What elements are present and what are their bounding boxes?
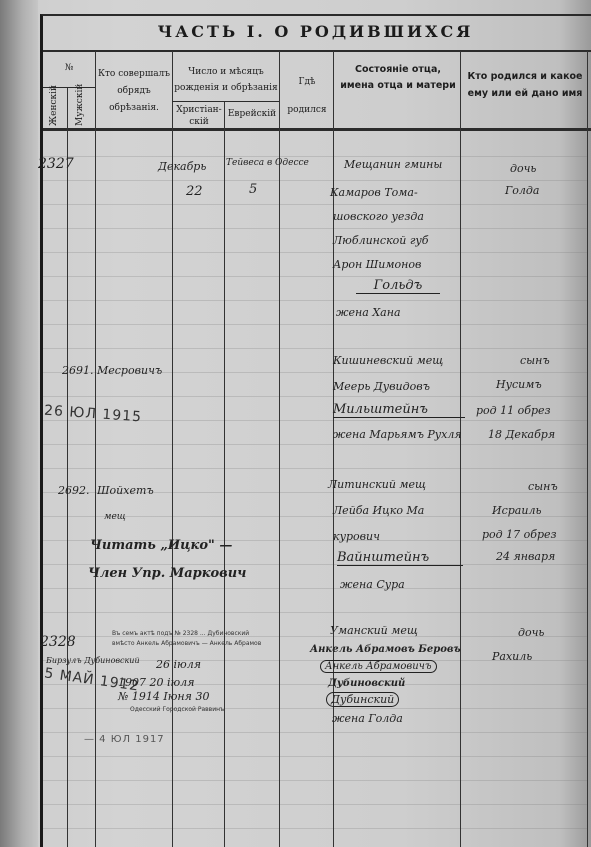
- entry-4-stamp-2: — 4 ЮЛ 1917: [84, 734, 165, 745]
- entry-3-child-4: 24 января: [496, 550, 555, 563]
- date-subdivider: [172, 101, 279, 102]
- entry-3-child-name: Исраиль: [492, 504, 541, 517]
- entry-3-male-number: 2692.: [58, 484, 90, 497]
- ruled-line: [43, 612, 588, 613]
- header-performer: Кто совершалъ обрядъ обрѣзанія.: [97, 66, 171, 117]
- entry-1-month: Декабрь: [158, 160, 206, 173]
- ruled-line: [43, 252, 588, 253]
- entry-3-child-3: род 17 обрез: [482, 528, 557, 541]
- entry-4-parents-1: Уманский мещ: [330, 624, 418, 637]
- entry-3-mother: жена Сура: [340, 578, 405, 591]
- header-number: №: [43, 62, 95, 75]
- ruled-line: [43, 564, 588, 565]
- ruled-line: [43, 180, 588, 181]
- entry-3-parents-2: Лейба Ицко Ма: [333, 504, 424, 517]
- entry-1-child-name: Голда: [505, 184, 539, 197]
- entry-2-surname: Мильштейнъ: [333, 402, 465, 418]
- entry-4-female-number: 2328: [40, 634, 76, 650]
- entry-4-performer-note: Бирзулъ Дубиновский: [46, 656, 140, 665]
- header-christian: Христіан-скій: [174, 104, 224, 128]
- entry-1-mother: жена Хана: [336, 306, 401, 319]
- ruled-line: [43, 828, 588, 829]
- entry-2-mother: жена Марьямъ Рухля: [333, 428, 462, 441]
- header-jewish: Еврейскій: [225, 108, 279, 121]
- entry-3-surname: Вайнштейнъ: [337, 550, 463, 566]
- entry-4-child-1: дочь: [518, 626, 544, 639]
- entry-4-notice-5: № 1914 Іюня 30: [118, 690, 209, 703]
- ruled-line: [43, 468, 588, 469]
- header-divider: [43, 128, 591, 131]
- ruled-line: [43, 324, 588, 325]
- entry-1-place: Тейвеса в Одессе: [226, 158, 309, 168]
- entry-4-parents-3: Анкель Абрамовичъ: [320, 660, 437, 673]
- col-line-place: [333, 51, 334, 847]
- header-male: Мужскій: [74, 92, 87, 126]
- entry-2-parents-1: Кишиневский мещ: [333, 354, 443, 367]
- ruled-line: [43, 156, 588, 157]
- ruled-line: [43, 756, 588, 757]
- col-line-parents: [460, 51, 461, 847]
- ruled-line: [43, 300, 588, 301]
- entry-4-notice-6: Одесский Городской Раввинъ: [130, 706, 224, 713]
- entry-3-performer: Шойхетъ: [97, 484, 154, 497]
- entry-4-notice-3: 26 іюля: [156, 658, 201, 671]
- entry-4-mother: жена Голда: [332, 712, 403, 725]
- col-line-number: [95, 51, 96, 847]
- entry-1-day-christian: 22: [186, 184, 203, 199]
- entry-1-surname: Гольдъ: [356, 278, 440, 294]
- col-line-dates: [279, 51, 280, 847]
- ruled-line: [43, 348, 588, 349]
- entry-3-child-1: сынъ: [528, 480, 558, 493]
- header-female: Женскій: [48, 92, 61, 126]
- book-spine: [0, 0, 38, 847]
- entry-2-child-3: род 11 обрез: [476, 404, 551, 417]
- entry-1-parents-3: шовского уезда: [333, 210, 424, 223]
- ruled-line: [43, 708, 588, 709]
- header-child: Кто родился и какое ему или ей дано имя: [466, 68, 584, 102]
- header-parents: Состояніе отца, имена отца и матери: [340, 62, 456, 94]
- entry-2-parents-2: Меерь Дувидовъ: [333, 380, 430, 393]
- col-line-female: [67, 88, 68, 847]
- entry-4-notice-1: Въ семъ актѣ подъ № 2328 ... Дубиновский: [112, 630, 249, 637]
- entry-1-child-1: дочь: [510, 162, 536, 175]
- entry-2-child-name: Нусимъ: [496, 378, 542, 391]
- col-line-child: [587, 51, 588, 847]
- entry-4-parents-5: Дубинский: [326, 692, 399, 707]
- ruled-line: [43, 732, 588, 733]
- entry-2-child-1: сынъ: [520, 354, 550, 367]
- ruled-line: [43, 204, 588, 205]
- col-line-christian: [224, 102, 225, 847]
- entry-4-notice-4: 1907 20 іюля: [118, 676, 194, 689]
- ruled-line: [43, 804, 588, 805]
- entry-3-performer-2: мещ: [104, 512, 126, 522]
- entry-2-male-number: 2691.: [62, 364, 94, 377]
- entry-3-annotation-1: Читать „Ицко" —: [90, 538, 232, 553]
- entry-1-parents-5: Арон Шимонов: [333, 258, 421, 271]
- entry-4-parents-2: Анкель Абрамовъ Беровъ: [310, 644, 461, 655]
- entry-1-female-number: 2327: [38, 156, 74, 172]
- entry-2-child-4: 18 Декабря: [488, 428, 555, 441]
- entry-3-annotation-2: Член Упр. Маркович: [88, 566, 246, 581]
- title-divider: [43, 50, 591, 52]
- ruled-line: [43, 780, 588, 781]
- entry-4-parents-4: Дубиновский: [328, 678, 405, 689]
- entry-4-notice-2: вмѣсто Анкель Абрамовичъ — Анкель Абрамо…: [112, 640, 261, 647]
- entry-1-parents-2: Камаров Тома-: [330, 186, 418, 199]
- entry-2-performer: Месровичъ: [97, 364, 162, 377]
- register-page: ЧАСТЬ I. О РОДИВШИХСЯ № Женскій Мужскій …: [0, 0, 591, 847]
- ruled-line: [43, 444, 588, 445]
- header-place: Гдѣ родился: [282, 68, 332, 124]
- entry-1-day-jewish: 5: [249, 182, 257, 197]
- header-date-group: Число и мѣсяцъ рожденія и обрѣзанія: [174, 64, 278, 96]
- entry-4-child-name: Рахиль: [492, 650, 532, 663]
- ruled-line: [43, 228, 588, 229]
- entry-1-parents-1: Мещанин гмины: [344, 158, 442, 171]
- entry-3-parents-3: курович: [333, 530, 380, 543]
- ruled-line: [43, 276, 588, 277]
- entry-3-parents-1: Литинский мещ: [328, 478, 426, 491]
- entry-1-parents-4: Люблинской губ: [333, 234, 429, 247]
- page-title: ЧАСТЬ I. О РОДИВШИХСЯ: [40, 22, 591, 41]
- ruled-line: [43, 588, 588, 589]
- ruled-line: [43, 396, 588, 397]
